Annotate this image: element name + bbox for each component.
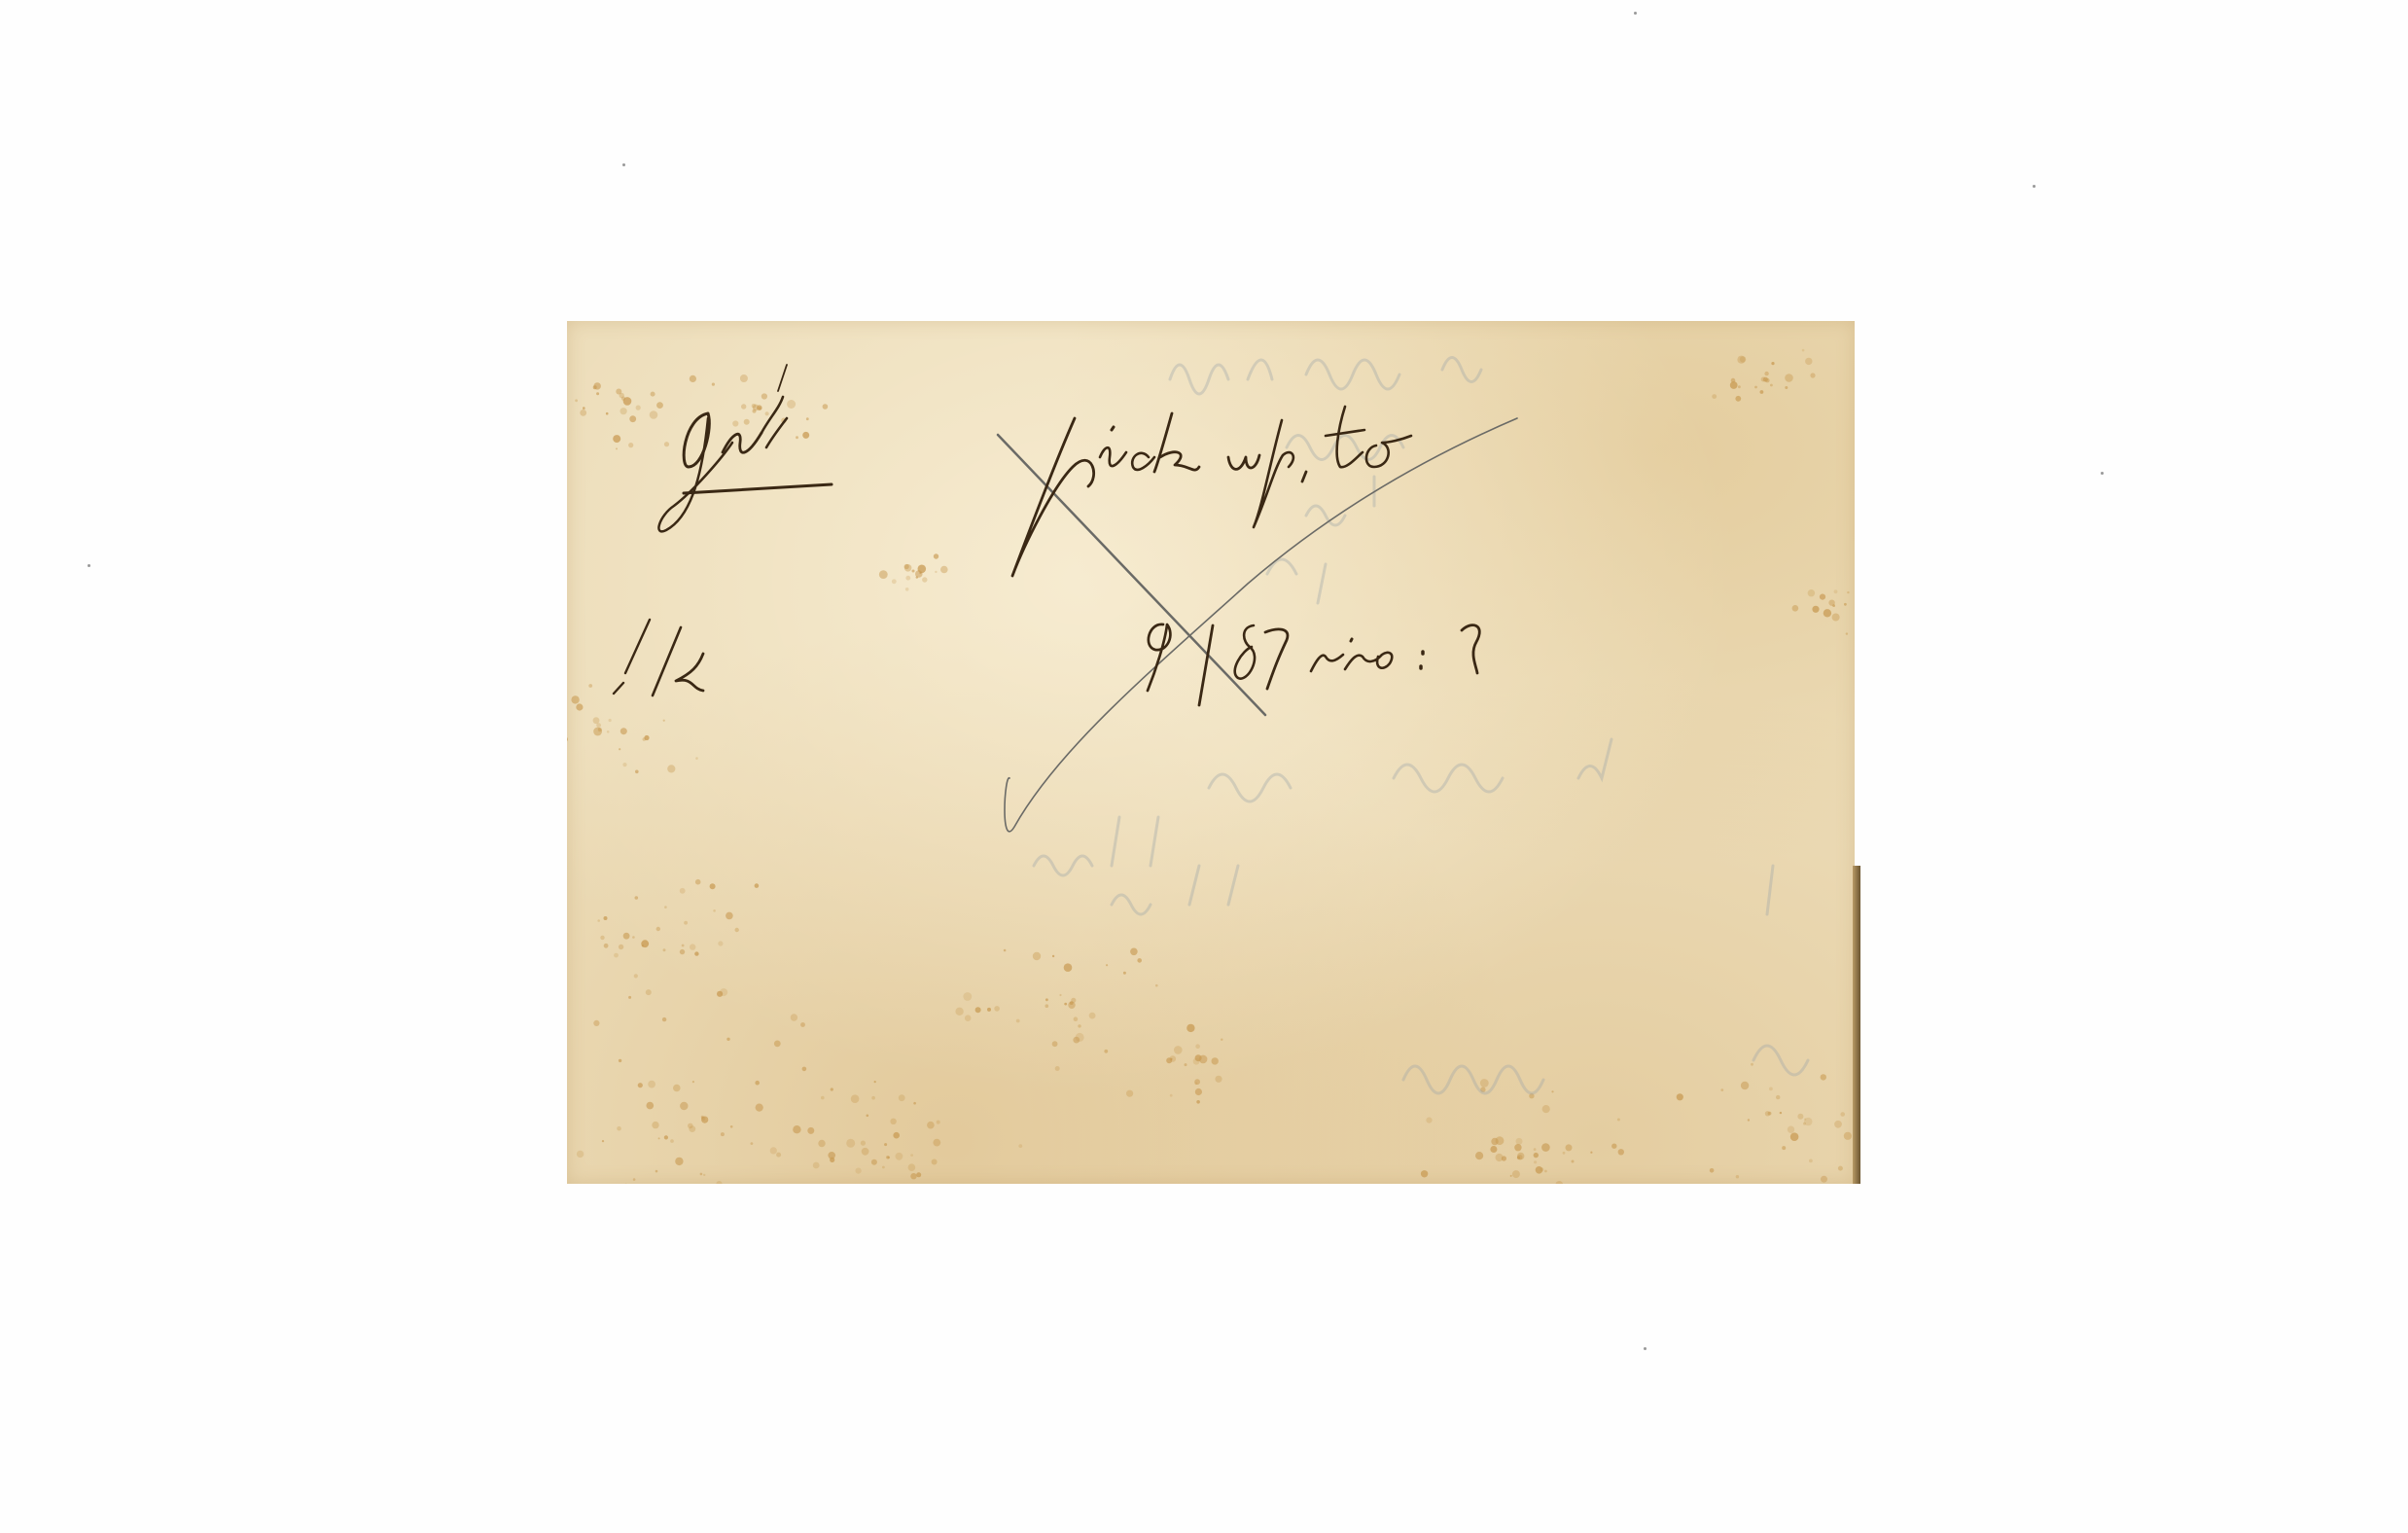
dust-speck <box>1644 1347 1647 1350</box>
bleed-through-writing <box>1034 358 1808 1094</box>
paper-note: gil pick up, to 1/2 9187 rio: 2 <box>567 321 1855 1184</box>
dust-speck <box>2101 472 2104 475</box>
dust-speck <box>2033 185 2036 188</box>
handwriting-layer <box>567 321 1855 1184</box>
word-gil <box>658 365 832 531</box>
foxing-spots <box>567 349 1855 1184</box>
scan-background: gil pick up, to 1/2 9187 rio: 2 <box>0 0 2408 1533</box>
number-9187-rio-2 <box>1148 624 1479 705</box>
dust-speck <box>1634 12 1637 15</box>
dust-speck <box>88 564 90 567</box>
pencil-strike-x <box>998 418 1517 832</box>
words-pick-up-to <box>1012 407 1411 576</box>
ink-handwriting <box>614 365 1479 705</box>
dust-speck <box>622 163 625 166</box>
fraction-one-half <box>614 620 703 695</box>
